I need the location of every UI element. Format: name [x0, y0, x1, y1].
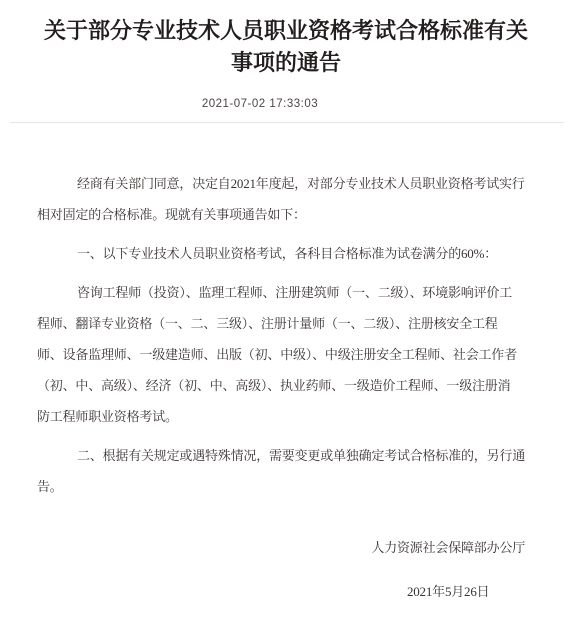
paragraph-item-2: 二、根据有关规定或遇特殊情况，需要变更或单独确定考试合格标准的，另行通 告。: [37, 440, 572, 502]
body-line: 师、设备监理师、一级建造师、出版（初、中级）、中级注册安全工程师、社会工作者: [37, 339, 572, 370]
signature-block: 人力资源社会保障部办公厅 2021年5月26日: [0, 540, 525, 601]
paragraph-intro: 经商有关部门同意，决定自2021年度起，对部分专业技术人员职业资格考试实行 相对…: [37, 168, 572, 230]
body-line: 程师、翻译专业资格（一、二、三级）、注册计量师（一、二级）、注册核安全工程: [37, 308, 572, 339]
issue-date: 2021年5月26日: [371, 584, 525, 599]
paragraph-item-1: 一、以下专业技术人员职业资格考试，各科目合格标准为试卷满分的60%：: [37, 238, 572, 269]
body-line: （初、中、高级）、经济（初、中、高级）、执业药师、一级造价工程师、一级注册消: [37, 370, 572, 401]
notice-page: 关于部分专业技术人员职业资格考试合格标准有关 事项的通告 2021-07-02 …: [0, 0, 572, 627]
notice-title-line-2: 事项的通告: [231, 50, 341, 75]
paragraph-exam-list: 咨询工程师（投资）、监理工程师、注册建筑师（一、二级）、环境影响评价工 程师、翻…: [37, 277, 572, 432]
body-line: 二、根据有关规定或遇特殊情况，需要变更或单独确定考试合格标准的，另行通: [37, 440, 572, 471]
notice-title-line-1: 关于部分专业技术人员职业资格考试合格标准有关: [44, 18, 528, 43]
body-line: 告。: [37, 471, 572, 502]
issuing-agency: 人力资源社会保障部办公厅: [371, 540, 525, 555]
body-line: 一、以下专业技术人员职业资格考试，各科目合格标准为试卷满分的60%：: [37, 238, 572, 269]
publish-timestamp: 2021-07-02 17:33:03: [0, 97, 520, 111]
signature-inner: 人力资源社会保障部办公厅 2021年5月26日: [371, 540, 525, 599]
body-line: 经商有关部门同意，决定自2021年度起，对部分专业技术人员职业资格考试实行: [37, 168, 572, 199]
notice-body: 经商有关部门同意，决定自2021年度起，对部分专业技术人员职业资格考试实行 相对…: [37, 168, 572, 502]
header-divider: [10, 122, 564, 123]
notice-title: 关于部分专业技术人员职业资格考试合格标准有关 事项的通告: [26, 15, 546, 79]
body-line: 咨询工程师（投资）、监理工程师、注册建筑师（一、二级）、环境影响评价工: [37, 277, 572, 308]
body-line: 相对固定的合格标准。现就有关事项通告如下：: [37, 199, 572, 230]
body-line: 防工程师职业资格考试。: [37, 401, 572, 432]
